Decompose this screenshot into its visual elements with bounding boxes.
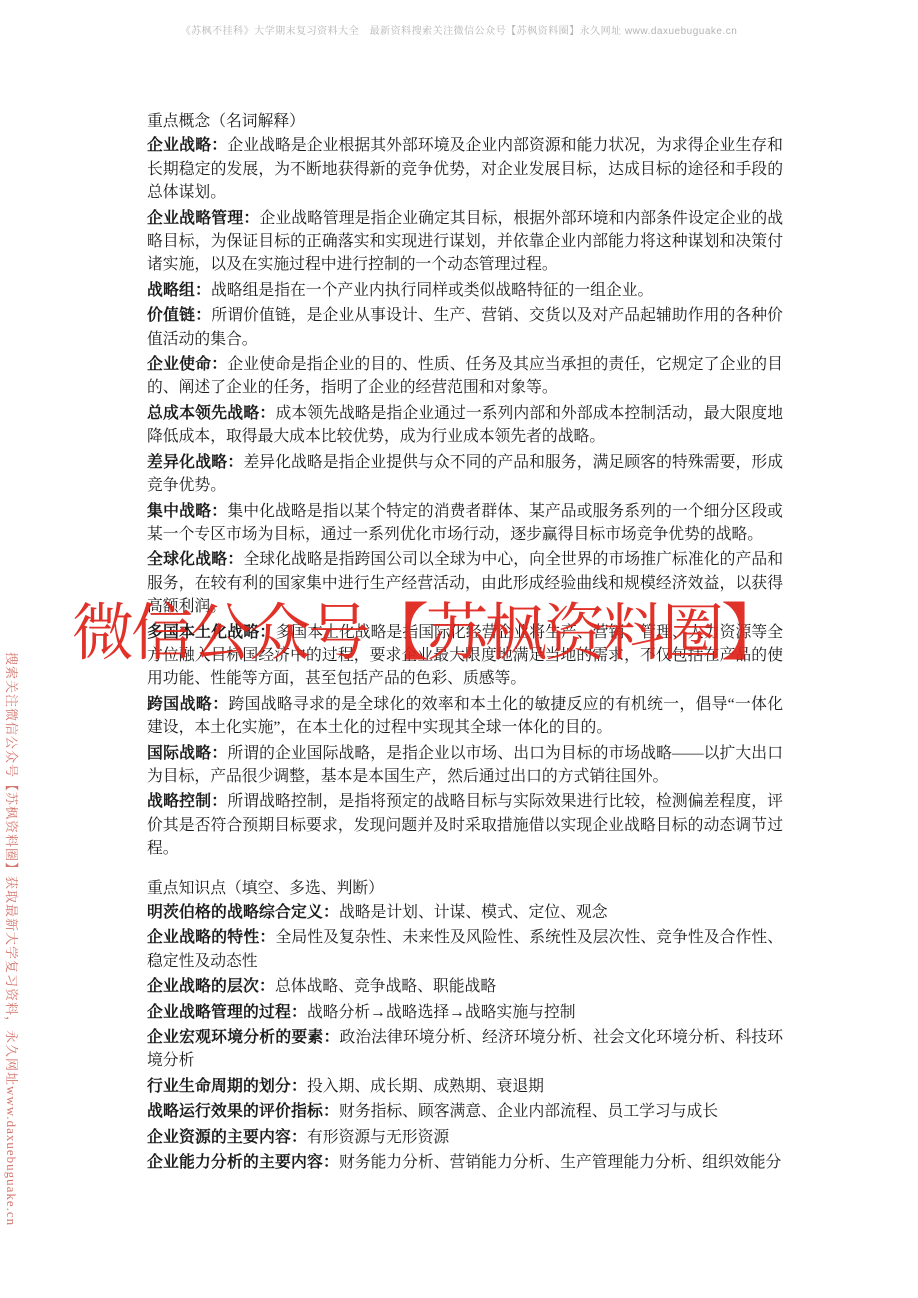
term-label: 企业战略的特性： [147,929,276,946]
term-label: 企业战略的层次： [147,978,275,995]
side-watermark-text: 搜索关注微信公众号【苏枫资料圈】获取最新大学复习资料，永久网址www.daxue… [3,652,22,1226]
entry-paragraph: 行业生命周期的划分：投入期、成长期、成熟期、衰退期 [147,1075,783,1098]
section-heading: 重点概念（名词解释） [147,110,783,133]
term-label: 战略控制： [147,793,227,810]
term-label: 多国本土化战略： [147,624,276,641]
entry-paragraph: 企业战略的层次：总体战略、竞争战略、职能战略 [147,975,783,998]
page-header-text: 《苏枫不挂科》大学期末复习资料大全 最新资料搜索关注微信公众号【苏枫资料圈】永久… [0,22,918,37]
term-label: 跨国战略： [147,696,229,713]
entry-paragraph: 企业战略管理的过程：战略分析→战略选择→战略实施与控制 [147,1001,783,1024]
term-label: 战略组： [147,282,211,299]
definition-text: 差异化战略是指企业提供与众不同的产品和服务，满足顾客的特殊需要，形成竞争优势。 [147,454,783,494]
term-label: 差异化战略： [147,454,243,471]
entry-paragraph: 战略控制：所谓战略控制，是指将预定的战略目标与实际效果进行比较，检测偏差程度，评… [147,790,783,860]
term-label: 企业能力分析的主要内容： [147,1154,339,1171]
term-label: 行业生命周期的划分： [147,1078,307,1095]
definition-text: 投入期、成长期、成熟期、衰退期 [307,1078,544,1095]
definition-text: 财务指标、顾客满意、企业内部流程、员工学习与成长 [339,1103,718,1120]
definition-text: 战略是计划、计谋、模式、定位、观念 [339,904,608,921]
section-heading: 重点知识点（填空、多选、判断） [147,877,783,900]
definition-text: 所谓战略控制，是指将预定的战略目标与实际效果进行比较，检测偏差程度，评价其是否符… [147,793,783,857]
entry-paragraph: 明茨伯格的战略综合定义：战略是计划、计谋、模式、定位、观念 [147,901,783,924]
definition-text: 企业战略是企业根据其外部环境及企业内部资源和能力状况，为求得企业生存和长期稳定的… [147,137,783,201]
definition-text: 有形资源与无形资源 [307,1129,449,1146]
term-label: 企业宏观环境分析的要素： [147,1029,340,1046]
entry-paragraph: 差异化战略：差异化战略是指企业提供与众不同的产品和服务，满足顾客的特殊需要，形成… [147,451,783,498]
term-label: 企业使命： [147,356,227,373]
definition-text: 集中化战略是指以某个特定的消费者群体、某产品或服务系列的一个细分区段或某一个专区… [147,503,783,543]
entry-paragraph: 企业资源的主要内容：有形资源与无形资源 [147,1126,783,1149]
term-label: 明茨伯格的战略综合定义： [147,904,339,921]
definition-text: 战略组是指在一个产业内执行同样或类似战略特征的一组企业。 [211,282,653,299]
definition-text: 总体战略、竞争战略、职能战略 [275,978,496,995]
definition-text: 所谓价值链，是企业从事设计、生产、营销、交货以及对产品起辅助作用的各种价值活动的… [147,307,783,347]
entry-paragraph: 企业战略的特性：全局性及复杂性、未来性及风险性、系统性及层次性、竞争性及合作性、… [147,926,783,973]
entry-paragraph: 跨国战略：跨国战略寻求的是全球化的效率和本土化的敏捷反应的有机统一，倡导“一体化… [147,693,783,740]
term-label: 企业战略管理： [147,210,259,227]
entry-paragraph: 价值链：所谓价值链，是企业从事设计、生产、营销、交货以及对产品起辅助作用的各种价… [147,304,783,351]
definition-text: 所谓的企业国际战略，是指企业以市场、出口为目标的市场战略——以扩大出口为目标，产… [147,745,783,785]
section-0: 重点概念（名词解释）企业战略：企业战略是企业根据其外部环境及企业内部资源和能力状… [147,110,783,861]
term-label: 集中战略： [147,503,227,520]
definition-text: 战略分析→战略选择→战略实施与控制 [307,1004,576,1021]
entry-paragraph: 全球化战略：全球化战略是指跨国公司以全球为中心，向全世界的市场推广标准化的产品和… [147,548,783,618]
entry-paragraph: 战略组：战略组是指在一个产业内执行同样或类似战略特征的一组企业。 [147,279,783,302]
term-label: 企业战略： [147,137,227,154]
term-label: 战略运行效果的评价指标： [147,1103,339,1120]
entry-paragraph: 国际战略：所谓的企业国际战略，是指企业以市场、出口为目标的市场战略——以扩大出口… [147,742,783,789]
entry-paragraph: 企业宏观环境分析的要素：政治法律环境分析、经济环境分析、社会文化环境分析、科技环… [147,1026,783,1073]
entry-paragraph: 战略运行效果的评价指标：财务指标、顾客满意、企业内部流程、员工学习与成长 [147,1100,783,1123]
term-label: 企业战略管理的过程： [147,1004,307,1021]
entry-paragraph: 企业能力分析的主要内容：财务能力分析、营销能力分析、生产管理能力分析、组织效能分 [147,1151,783,1174]
entry-paragraph: 多国本土化战略：多国本土化战略是指国际化经营企业将生产、营销、管理、人力资源等全… [147,621,783,691]
definition-text: 跨国战略寻求的是全球化的效率和本土化的敏捷反应的有机统一，倡导“一体化建设，本土… [147,696,783,736]
section-1: 重点知识点（填空、多选、判断）明茨伯格的战略综合定义：战略是计划、计谋、模式、定… [147,877,783,1175]
entry-paragraph: 集中战略：集中化战略是指以某个特定的消费者群体、某产品或服务系列的一个细分区段或… [147,500,783,547]
entry-paragraph: 企业使命：企业使命是指企业的目的、性质、任务及其应当承担的责任，它规定了企业的目… [147,353,783,400]
term-label: 价值链： [147,307,211,324]
term-label: 总成本领先战略： [147,405,276,422]
entry-paragraph: 企业战略管理：企业战略管理是指企业确定其目标，根据外部环境和内部条件设定企业的战… [147,207,783,277]
entry-paragraph: 企业战略：企业战略是企业根据其外部环境及企业内部资源和能力状况，为求得企业生存和… [147,134,783,204]
document-body: 重点概念（名词解释）企业战略：企业战略是企业根据其外部环境及企业内部资源和能力状… [147,110,783,1176]
definition-text: 财务能力分析、营销能力分析、生产管理能力分析、组织效能分 [339,1154,781,1171]
definition-text: 全球化战略是指跨国公司以全球为中心，向全世界的市场推广标准化的产品和服务，在较有… [147,551,783,615]
term-label: 国际战略： [147,745,227,762]
document-page: 《苏枫不挂科》大学期末复习资料大全 最新资料搜索关注微信公众号【苏枫资料圈】永久… [0,0,918,1298]
entry-paragraph: 总成本领先战略：成本领先战略是指企业通过一系列内部和外部成本控制活动，最大限度地… [147,402,783,449]
term-label: 全球化战略： [147,551,243,568]
term-label: 企业资源的主要内容： [147,1129,307,1146]
definition-text: 企业使命是指企业的目的、性质、任务及其应当承担的责任，它规定了企业的目的、阐述了… [147,356,783,396]
